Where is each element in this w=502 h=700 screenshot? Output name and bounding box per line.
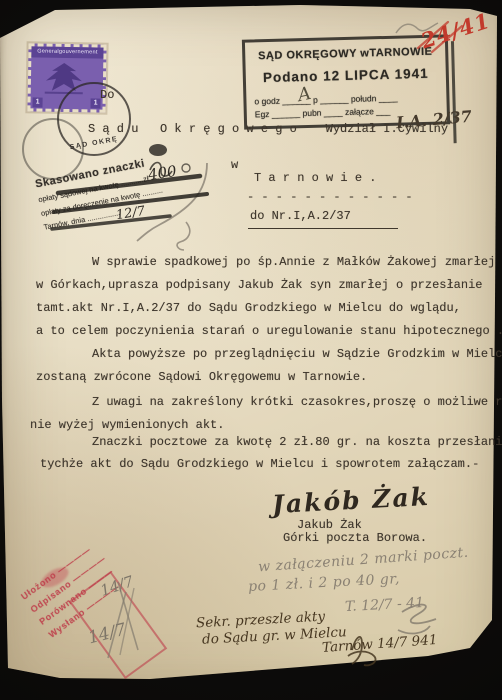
body-line: Akta powyższe po przeglądnięciu w Sądzie… bbox=[92, 347, 502, 361]
case-ref-typed: do Nr.I,A.2/37 bbox=[250, 209, 351, 223]
postage-stamp-value-left: 1 bbox=[32, 97, 42, 107]
postage-stamp-country-label: Generalgouvernement bbox=[31, 46, 103, 58]
body-line: Znaczki pocztowe za kwotę 2 zł.80 gr. na… bbox=[92, 435, 502, 449]
received-stamp-court-name: SĄD OKRĘGOWY wTARNOWIE bbox=[245, 45, 445, 62]
body-line: tychże akt do Sądu Grodzkiego w Mielcu i… bbox=[40, 457, 479, 471]
addressee-city: T a r n o w i e . bbox=[254, 171, 376, 185]
case-ref-underline bbox=[248, 228, 398, 229]
signature-typed-name: Jakub Żak bbox=[297, 518, 362, 532]
postmark-circle: SĄD OKRĘ bbox=[57, 82, 131, 156]
body-line: W sprawie spadkowej po śp.Annie z Małków… bbox=[92, 255, 495, 269]
addressee-court-line: S ą d u O k r ę g o w e g o Wydział I.Cy… bbox=[88, 122, 448, 136]
body-line: Z uwagi na zakreślony krótki czasokres,p… bbox=[92, 395, 502, 409]
addressee-w: w bbox=[231, 158, 238, 172]
body-line: w Górkach,uprasza podpisany Jakub Żak sy… bbox=[36, 278, 482, 292]
addressee-do: Do bbox=[100, 88, 114, 102]
received-stamp-date: Podano 12 LIPCA 1941 bbox=[246, 65, 446, 85]
signature-typed-address: Górki poczta Borowa. bbox=[283, 531, 427, 545]
body-line: zostaną zwrócone Sądowi Okręgowemu w Tar… bbox=[36, 370, 367, 384]
body-line: tamt.akt Nr.I,A.2/37 do Sądu Grodzkiego … bbox=[36, 301, 461, 315]
body-line: nie wyżej wymienionych akt. bbox=[30, 418, 224, 432]
addressee-dashes: - - - - - - - - - - - - bbox=[247, 190, 413, 204]
body-line: a to celem poczynienia starań o uregulow… bbox=[36, 324, 502, 338]
photographed-document: Generalgouvernement 1 1 SĄD OKRĘ Do SĄD … bbox=[0, 0, 502, 700]
